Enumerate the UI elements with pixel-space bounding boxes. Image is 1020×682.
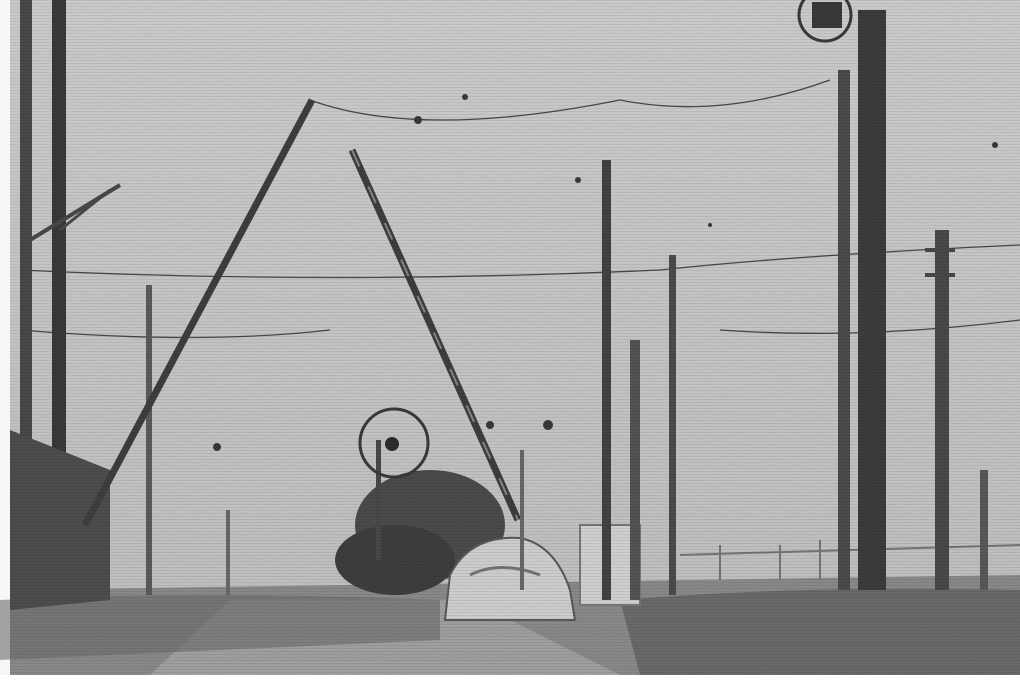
crossing-photograph: Grainy black-and-white halftone photogra…	[0, 0, 1020, 682]
photo-canvas	[0, 0, 1020, 682]
